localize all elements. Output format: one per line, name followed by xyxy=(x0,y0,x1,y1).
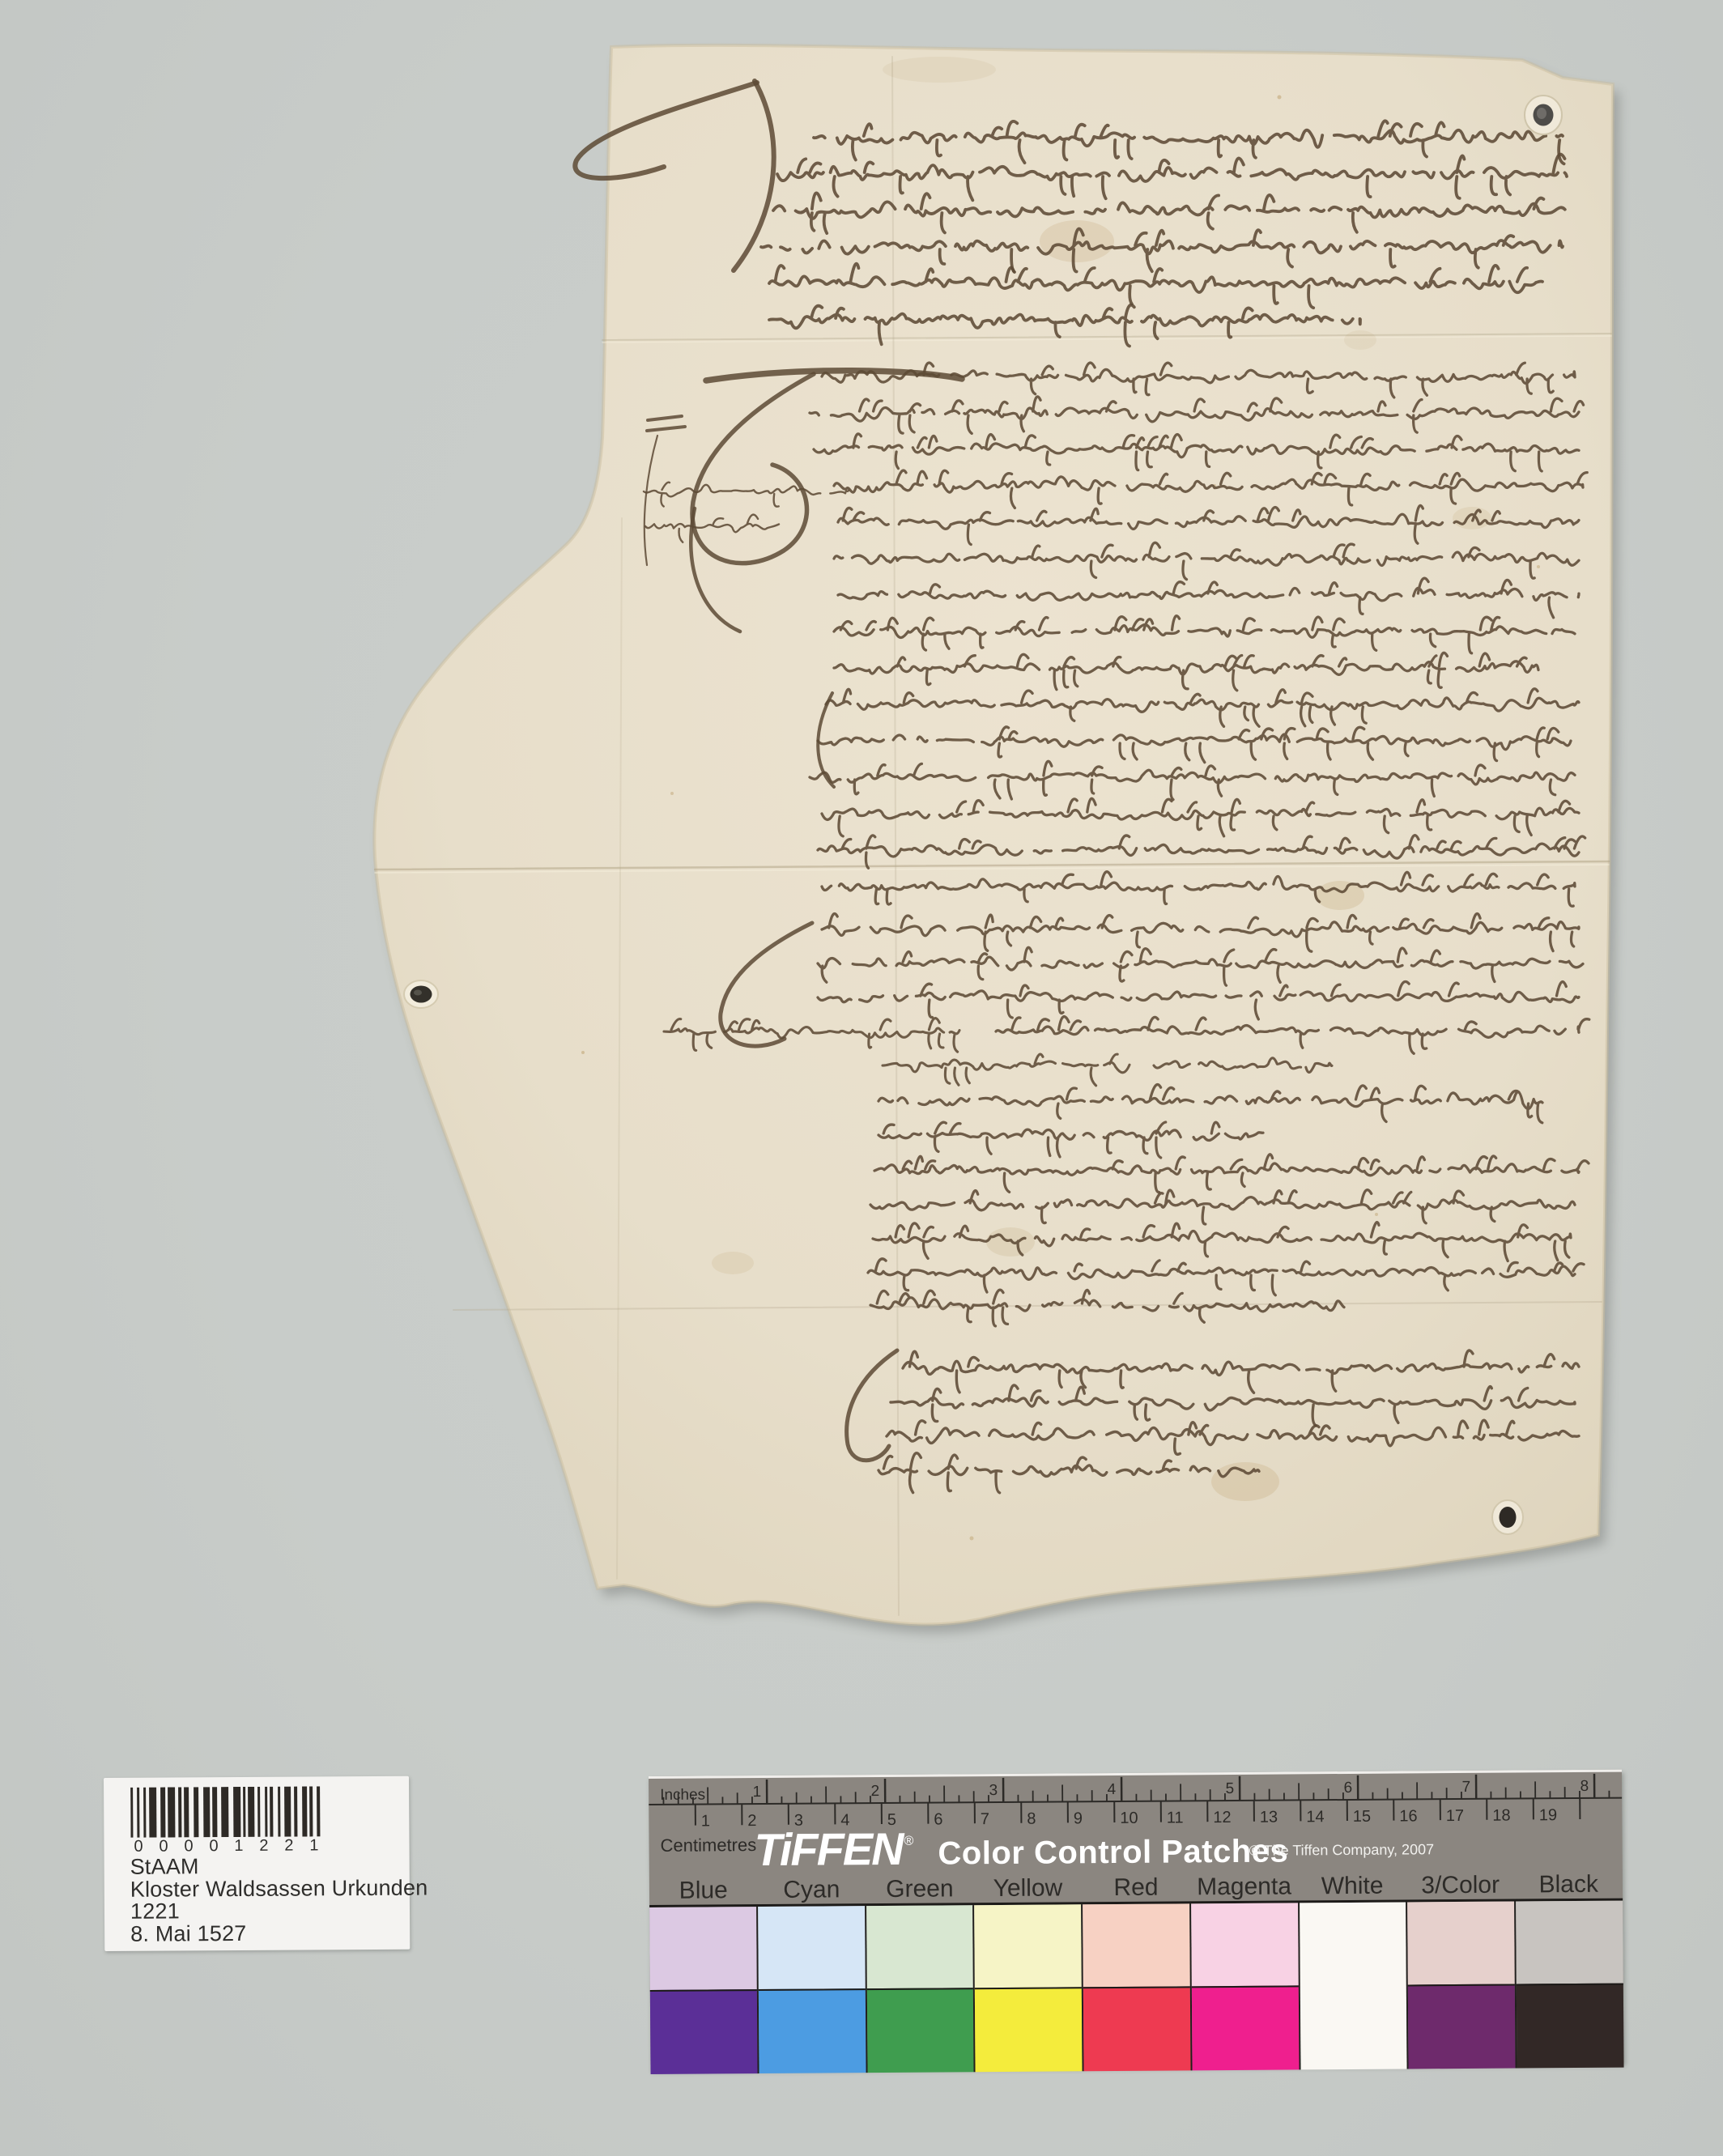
patch-swatch-vivid xyxy=(1408,1984,1516,2069)
patch-swatch-pastel xyxy=(974,1904,1081,1988)
barcode-bar xyxy=(309,1786,313,1836)
patch-column-cyan xyxy=(756,1906,866,2073)
barcode-bar xyxy=(221,1787,228,1837)
cm-number: 19 xyxy=(1539,1806,1557,1824)
patch-label-3-color: 3/Color xyxy=(1406,1872,1515,1900)
barcode-digit: 0 xyxy=(209,1837,218,1856)
cm-number: 15 xyxy=(1353,1808,1371,1826)
tiffen-logo: TiFFEN xyxy=(754,1822,902,1876)
cm-number: 18 xyxy=(1492,1807,1510,1825)
patch-label-black: Black xyxy=(1514,1871,1623,1899)
patch-label-yellow: Yellow xyxy=(974,1874,1083,1903)
barcode-bar xyxy=(284,1787,291,1837)
tiffen-color-card: 12345678Inches12345678910111213141516171… xyxy=(649,1770,1623,2069)
barcode-digit: 0 xyxy=(134,1838,143,1856)
patch-column-red xyxy=(1081,1903,1190,2071)
patch-column-yellow xyxy=(972,1904,1082,2072)
barcode-bar xyxy=(302,1786,307,1836)
barcode-digit: 1 xyxy=(234,1837,243,1856)
label-number: 1221 xyxy=(130,1899,403,1924)
barcode-bar xyxy=(168,1787,175,1837)
patch-label-white: White xyxy=(1298,1872,1406,1900)
barcode-bar xyxy=(278,1787,280,1837)
patch-grid xyxy=(649,1899,1623,2074)
barcode-bar xyxy=(248,1787,254,1837)
patch-label-cyan: Cyan xyxy=(757,1876,866,1904)
patch-swatch-pastel xyxy=(1191,1903,1298,1986)
patch-swatch-pastel xyxy=(1408,1902,1515,1985)
barcode-bar xyxy=(203,1787,210,1837)
barcode-digit: 0 xyxy=(184,1837,193,1856)
patch-swatch-pastel xyxy=(1083,1903,1189,1987)
patch-swatch xyxy=(1300,1902,1407,2069)
card-brand-line: TiFFEN ® Color Control Patches xyxy=(754,1819,1288,1876)
barcode-bar xyxy=(160,1788,165,1838)
barcode-bar xyxy=(212,1787,217,1837)
barcode-bar xyxy=(270,1787,273,1837)
barcode-bar xyxy=(137,1788,139,1838)
centimetres-label: Centimetres xyxy=(661,1835,757,1856)
label-date: 8. Mai 1527 xyxy=(130,1921,403,1946)
barcode-bar xyxy=(317,1786,320,1836)
inch-number: 6 xyxy=(1343,1780,1352,1797)
barcode-bar xyxy=(194,1787,198,1837)
barcode-bar xyxy=(130,1788,133,1838)
inch-number: 1 xyxy=(752,1784,761,1801)
inch-number: 4 xyxy=(1107,1781,1116,1798)
patch-swatch-vivid xyxy=(1083,1986,1191,2071)
registered-mark-icon: ® xyxy=(904,1835,913,1849)
card-title: Color Control Patches xyxy=(938,1833,1288,1872)
label-archive-name: StAAM xyxy=(130,1855,403,1879)
barcode-bar xyxy=(233,1787,240,1837)
label-text-block: StAAM Kloster Waldsassen Urkunden 1221 8… xyxy=(130,1855,404,1946)
patch-swatch-pastel xyxy=(758,1906,865,1989)
card-copyright: © The Tiffen Company, 2007 xyxy=(1249,1841,1435,1860)
patch-column-blue xyxy=(649,1907,757,2074)
barcode-digit: 2 xyxy=(284,1837,293,1856)
inch-number: 8 xyxy=(1580,1778,1589,1795)
inch-number: 5 xyxy=(1225,1780,1234,1797)
patch-column-white xyxy=(1298,1902,1407,2069)
barcode-bar xyxy=(143,1788,146,1838)
patch-label-red: Red xyxy=(1082,1873,1190,1902)
barcode-bar xyxy=(294,1787,297,1837)
cm-number: 14 xyxy=(1306,1808,1324,1826)
patch-column-green xyxy=(865,1905,974,2073)
patch-swatch-vivid xyxy=(1517,1984,1624,2069)
barcode-digit: 2 xyxy=(259,1837,268,1856)
inches-label: Inches xyxy=(660,1787,705,1804)
patch-swatch-pastel xyxy=(1516,1901,1623,1984)
punch-hole-top-right xyxy=(1525,96,1562,134)
patch-swatch-pastel xyxy=(649,1907,756,1990)
barcode-bar xyxy=(149,1788,156,1838)
patch-swatch-pastel xyxy=(866,1905,973,1988)
patch-swatch-vivid xyxy=(759,1988,866,2073)
barcode-digit: 1 xyxy=(309,1836,318,1855)
patch-label-green: Green xyxy=(866,1875,974,1903)
patch-column-magenta xyxy=(1189,1903,1299,2070)
barcode-bar xyxy=(184,1787,189,1837)
cm-number: 16 xyxy=(1399,1807,1417,1825)
barcode-digit: 0 xyxy=(159,1838,168,1856)
patch-swatch-vivid xyxy=(866,1988,974,2073)
punch-hole-bottom-right xyxy=(1492,1500,1523,1534)
patch-swatch-vivid xyxy=(975,1987,1083,2072)
cm-number: 17 xyxy=(1446,1807,1464,1825)
patch-label-blue: Blue xyxy=(649,1877,758,1905)
inch-number: 2 xyxy=(870,1783,879,1800)
patch-column-black xyxy=(1514,1901,1623,2069)
patch-column-3-color xyxy=(1406,1902,1516,2069)
punch-hole-left xyxy=(404,980,438,1008)
barcode-bar xyxy=(178,1787,181,1837)
barcode-bar xyxy=(243,1787,245,1837)
inch-number: 3 xyxy=(989,1782,998,1799)
scan-background: 00001221 StAAM Kloster Waldsassen Urkund… xyxy=(0,0,1723,2156)
archive-label: 00001221 StAAM Kloster Waldsassen Urkund… xyxy=(104,1776,410,1951)
inch-number: 7 xyxy=(1461,1779,1470,1796)
patch-label-magenta: Magenta xyxy=(1190,1873,1299,1901)
cm-number: 1 xyxy=(701,1812,710,1830)
patch-swatch-vivid xyxy=(650,1989,758,2074)
label-fonds: Kloster Waldsassen Urkunden xyxy=(130,1877,403,1901)
ruler-baseline xyxy=(649,1798,1622,1805)
barcode-icon xyxy=(130,1786,321,1837)
barcode-digits: 00001221 xyxy=(130,1836,321,1856)
barcode-bar xyxy=(265,1787,267,1837)
patch-swatch-vivid xyxy=(1192,1985,1300,2070)
barcode-bar xyxy=(257,1787,260,1837)
